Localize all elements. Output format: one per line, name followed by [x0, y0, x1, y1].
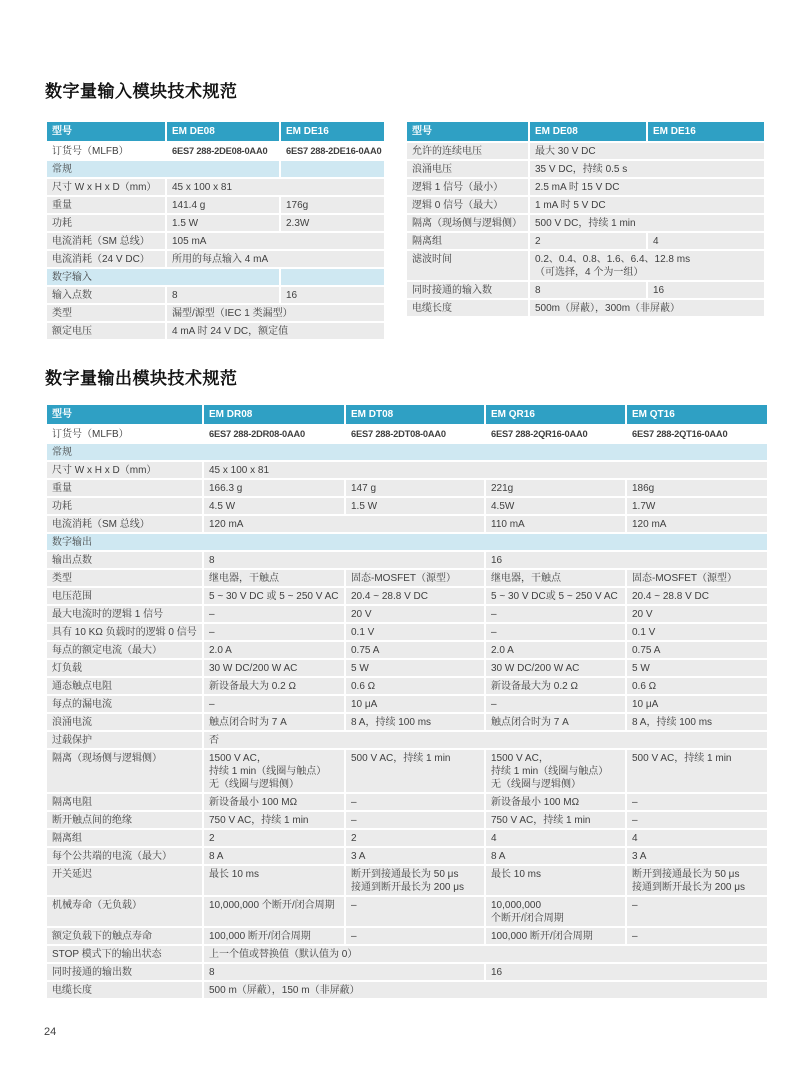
- column-header: EM QR16: [486, 405, 625, 424]
- spec-value: 100,000 断开/闭合周期: [204, 928, 344, 944]
- spec-value: 16: [486, 552, 767, 568]
- column-header: EM DE16: [648, 122, 764, 141]
- spec-value: 141.4 g: [167, 197, 279, 213]
- spec-label: 输入点数: [47, 287, 165, 303]
- spec-row: 电流消耗（SM 总线）105 mA: [47, 233, 384, 249]
- spec-value: 30 W DC/200 W AC: [204, 660, 344, 676]
- output-section-title: 数字量输出模块技术规范: [45, 364, 238, 389]
- spec-value: 120 mA: [204, 516, 484, 532]
- spec-value: 1500 V AC，持续 1 min（线圈与触点）无（线圈与逻辑侧）: [486, 750, 625, 792]
- spec-value: 固态-MOSFET（源型）: [346, 570, 484, 586]
- spec-value: 4: [486, 830, 625, 846]
- spec-value: 8: [204, 964, 484, 980]
- spec-value: 750 V AC，持续 1 min: [204, 812, 344, 828]
- spec-value: 166.3 g: [204, 480, 344, 496]
- spec-row: 开关延迟最长 10 ms断开到接通最长为 50 μs接通到断开最长为 200 μ…: [47, 866, 767, 895]
- spec-value: 漏型/源型（IEC 1 类漏型）: [167, 305, 384, 321]
- spec-row: 过载保护否: [47, 732, 767, 748]
- spec-row: 订货号（MLFB）6ES7 288-2DR08-0AA06ES7 288-2DT…: [47, 426, 767, 442]
- spec-row: 隔离电阻新设备最小 100 MΩ–新设备最小 100 MΩ–: [47, 794, 767, 810]
- spec-value: 继电器，干触点: [204, 570, 344, 586]
- spec-label: 隔离组: [407, 233, 528, 249]
- input-section-title: 数字量输入模块技术规范: [45, 77, 238, 102]
- output-spec-table: 型号EM DR08EM DT08EM QR16EM QT16订货号（MLFB）6…: [45, 403, 757, 1000]
- spec-value: –: [486, 624, 625, 640]
- spec-label: 具有 10 KΩ 负载时的逻辑 0 信号: [47, 624, 202, 640]
- spec-label: 额定负载下的触点寿命: [47, 928, 202, 944]
- spec-value: 上一个值或替换值（默认值为 0）: [204, 946, 767, 962]
- spec-label: STOP 模式下的输出状态: [47, 946, 202, 962]
- section-row: 数字输出: [47, 534, 767, 550]
- spec-value: 固态-MOSFET（源型）: [627, 570, 767, 586]
- spec-value: 6ES7 288-2QT16-0AA0: [627, 426, 767, 442]
- spec-value: –: [627, 928, 767, 944]
- spec-row: 电缆长度500 m（屏蔽），150 m（非屏蔽）: [47, 982, 767, 998]
- spec-row: 通态触点电阻新设备最大为 0.2 Ω0.6 Ω新设备最大为 0.2 Ω0.6 Ω: [47, 678, 767, 694]
- spec-label: 额定电压: [47, 323, 165, 339]
- column-header: EM DE08: [167, 122, 279, 141]
- spec-value: 0.1 V: [346, 624, 484, 640]
- spec-row: 隔离（现场侧与逻辑侧）1500 V AC，持续 1 min（线圈与触点）无（线圈…: [47, 750, 767, 792]
- spec-row: 电压范围5 ~ 30 V DC 或 5 ~ 250 V AC20.4 ~ 28.…: [47, 588, 767, 604]
- spec-value: 2.5 mA 时 15 V DC: [530, 179, 764, 195]
- spec-value: 750 V AC，持续 1 min: [486, 812, 625, 828]
- spec-value: 2: [204, 830, 344, 846]
- spec-value: 8: [530, 282, 646, 298]
- manual-page: 数字量输入模块技术规范 型号EM DE08EM DE16订货号（MLFB）6ES…: [0, 0, 800, 1067]
- spec-label: 逻辑 0 信号（最大）: [407, 197, 528, 213]
- spec-label: 重量: [47, 197, 165, 213]
- spec-row: 浪涌电流触点闭合时为 7 A8 A，持续 100 ms触点闭合时为 7 A8 A…: [47, 714, 767, 730]
- spec-value: 0.1 V: [627, 624, 767, 640]
- spec-value: 120 mA: [627, 516, 767, 532]
- spec-value: 2.0 A: [486, 642, 625, 658]
- spec-value: 触点闭合时为 7 A: [204, 714, 344, 730]
- spec-value: 16: [486, 964, 767, 980]
- spec-row: 重量166.3 g147 g221g186g: [47, 480, 767, 496]
- spec-value: 8: [167, 287, 279, 303]
- column-header: EM DR08: [204, 405, 344, 424]
- page-number: 24: [44, 1026, 56, 1038]
- spec-value: 2: [530, 233, 646, 249]
- spec-row: 类型漏型/源型（IEC 1 类漏型）: [47, 305, 384, 321]
- column-header: 型号: [407, 122, 528, 141]
- spec-label: 逻辑 1 信号（最小）: [407, 179, 528, 195]
- spec-value: 500 V AC，持续 1 min: [346, 750, 484, 792]
- input-spec-table-left: 型号EM DE08EM DE16订货号（MLFB）6ES7 288-2DE08-…: [45, 120, 378, 341]
- spec-label: 过载保护: [47, 732, 202, 748]
- spec-value: 45 x 100 x 81: [167, 179, 384, 195]
- spec-value: –: [486, 606, 625, 622]
- spec-value: –: [627, 794, 767, 810]
- spec-label: 隔离组: [47, 830, 202, 846]
- spec-table: 型号EM DE08EM DE16允许的连续电压最大 30 V DC浪涌电压35 …: [405, 120, 766, 318]
- spec-label: 同时接通的输入数: [407, 282, 528, 298]
- spec-value: 0.75 A: [627, 642, 767, 658]
- spec-value: 1 mA 时 5 V DC: [530, 197, 764, 213]
- spec-value: 5 ~ 30 V DC或 5 ~ 250 V AC: [486, 588, 625, 604]
- spec-row: 额定电压4 mA 时 24 V DC，额定值: [47, 323, 384, 339]
- spec-label: 隔离（现场侧与逻辑侧）: [407, 215, 528, 231]
- spec-value: 所用的每点输入 4 mA: [167, 251, 384, 267]
- spec-value: 3 A: [627, 848, 767, 864]
- header-row: 型号EM DR08EM DT08EM QR16EM QT16: [47, 405, 767, 424]
- spec-label: 隔离（现场侧与逻辑侧）: [47, 750, 202, 792]
- spec-value: 35 V DC，持续 0.5 s: [530, 161, 764, 177]
- spec-value: 20 V: [346, 606, 484, 622]
- spec-value: –: [346, 812, 484, 828]
- spec-value: –: [627, 812, 767, 828]
- section-header: 常规: [47, 161, 279, 177]
- spec-value: –: [346, 794, 484, 810]
- spec-row: 功耗1.5 W2.3W: [47, 215, 384, 231]
- column-header: EM DE16: [281, 122, 384, 141]
- spec-value: 45 x 100 x 81: [204, 462, 767, 478]
- spec-value: –: [346, 897, 484, 926]
- spec-value: 105 mA: [167, 233, 384, 249]
- spec-label: 输出点数: [47, 552, 202, 568]
- spec-label: 订货号（MLFB）: [47, 143, 165, 159]
- spec-value: 5 W: [346, 660, 484, 676]
- spec-value: 否: [204, 732, 767, 748]
- spec-label: 类型: [47, 570, 202, 586]
- spec-value: 30 W DC/200 W AC: [486, 660, 625, 676]
- spec-label: 浪涌电流: [47, 714, 202, 730]
- spec-value: –: [204, 624, 344, 640]
- spec-value: 3 A: [346, 848, 484, 864]
- spec-label: 每个公共端的电流（最大）: [47, 848, 202, 864]
- header-row: 型号EM DE08EM DE16: [407, 122, 764, 141]
- spec-value: 6ES7 288-2DE16-0AA0: [281, 143, 384, 159]
- spec-row: 每个公共端的电流（最大）8 A3 A8 A3 A: [47, 848, 767, 864]
- spec-label: 功耗: [47, 215, 165, 231]
- spec-label: 机械寿命（无负载）: [47, 897, 202, 926]
- spec-value: 4: [627, 830, 767, 846]
- spec-value: 4.5W: [486, 498, 625, 514]
- input-spec-table-right: 型号EM DE08EM DE16允许的连续电压最大 30 V DC浪涌电压35 …: [405, 120, 758, 318]
- spec-label: 每点的漏电流: [47, 696, 202, 712]
- spec-value: 6ES7 288-2QR16-0AA0: [486, 426, 625, 442]
- spec-label: 电流消耗（SM 总线）: [47, 516, 202, 532]
- spec-value: 16: [281, 287, 384, 303]
- spec-value: 6ES7 288-2DT08-0AA0: [346, 426, 484, 442]
- spec-label: 通态触点电阻: [47, 678, 202, 694]
- spec-row: 逻辑 1 信号（最小）2.5 mA 时 15 V DC: [407, 179, 764, 195]
- spec-value: 触点闭合时为 7 A: [486, 714, 625, 730]
- spec-row: 每点的漏电流–10 μA–10 μA: [47, 696, 767, 712]
- spec-row: 重量141.4 g176g: [47, 197, 384, 213]
- spec-row: 功耗4.5 W1.5 W4.5W1.7W: [47, 498, 767, 514]
- spec-row: 机械寿命（无负载）10,000,000 个断开/闭合周期–10,000,000个…: [47, 897, 767, 926]
- spec-row: 尺寸 W x H x D（mm）45 x 100 x 81: [47, 179, 384, 195]
- section-row: 常规: [47, 444, 767, 460]
- spec-value: –: [346, 928, 484, 944]
- spec-value: 10 μA: [346, 696, 484, 712]
- spec-label: 滤波时间: [407, 251, 528, 280]
- spec-row: 具有 10 KΩ 负载时的逻辑 0 信号–0.1 V–0.1 V: [47, 624, 767, 640]
- spec-row: 输入点数816: [47, 287, 384, 303]
- spec-value: 1.5 W: [346, 498, 484, 514]
- spec-row: 尺寸 W x H x D（mm）45 x 100 x 81: [47, 462, 767, 478]
- spec-value: –: [627, 897, 767, 926]
- spec-label: 每点的额定电流（最大）: [47, 642, 202, 658]
- spec-value: 1.7W: [627, 498, 767, 514]
- spec-row: 隔离（现场侧与逻辑侧）500 V DC，持续 1 min: [407, 215, 764, 231]
- spec-label: 电压范围: [47, 588, 202, 604]
- spec-label: 浪涌电压: [407, 161, 528, 177]
- spec-value: 500 V DC，持续 1 min: [530, 215, 764, 231]
- spec-value: 100,000 断开/闭合周期: [486, 928, 625, 944]
- spec-value: 10,000,000个断开/闭合周期: [486, 897, 625, 926]
- spec-label: 电缆长度: [47, 982, 202, 998]
- spec-value: 0.75 A: [346, 642, 484, 658]
- spec-value: –: [204, 696, 344, 712]
- spec-value: 断开到接通最长为 50 μs接通到断开最长为 200 μs: [627, 866, 767, 895]
- section-header: 数字输出: [47, 534, 767, 550]
- section-row: 数字输入: [47, 269, 384, 285]
- spec-label: 断开触点间的绝缘: [47, 812, 202, 828]
- spec-value: 6ES7 288-2DE08-0AA0: [167, 143, 279, 159]
- spec-label: 尺寸 W x H x D（mm）: [47, 462, 202, 478]
- spec-row: 浪涌电压35 V DC，持续 0.5 s: [407, 161, 764, 177]
- section-tail-cell: [281, 269, 384, 285]
- spec-row: 断开触点间的绝缘750 V AC，持续 1 min–750 V AC，持续 1 …: [47, 812, 767, 828]
- spec-value: 147 g: [346, 480, 484, 496]
- spec-value: 0.6 Ω: [627, 678, 767, 694]
- section-header: 数字输入: [47, 269, 279, 285]
- column-header: EM DE08: [530, 122, 646, 141]
- spec-row: 同时接通的输出数816: [47, 964, 767, 980]
- spec-value: 10 μA: [627, 696, 767, 712]
- column-header: EM DT08: [346, 405, 484, 424]
- spec-row: 最大电流时的逻辑 1 信号–20 V–20 V: [47, 606, 767, 622]
- column-header: 型号: [47, 405, 202, 424]
- spec-row: 同时接通的输入数816: [407, 282, 764, 298]
- spec-value: 5 ~ 30 V DC 或 5 ~ 250 V AC: [204, 588, 344, 604]
- spec-value: 20.4 ~ 28.8 V DC: [346, 588, 484, 604]
- spec-value: 8 A，持续 100 ms: [346, 714, 484, 730]
- spec-value: 新设备最小 100 MΩ: [204, 794, 344, 810]
- spec-row: STOP 模式下的输出状态上一个值或替换值（默认值为 0）: [47, 946, 767, 962]
- spec-row: 电缆长度500m（屏蔽），300m（非屏蔽）: [407, 300, 764, 316]
- spec-value: 继电器，干触点: [486, 570, 625, 586]
- header-row: 型号EM DE08EM DE16: [47, 122, 384, 141]
- spec-table: 型号EM DE08EM DE16订货号（MLFB）6ES7 288-2DE08-…: [45, 120, 386, 341]
- spec-value: 110 mA: [486, 516, 625, 532]
- spec-row: 逻辑 0 信号（最大）1 mA 时 5 V DC: [407, 197, 764, 213]
- spec-label: 开关延迟: [47, 866, 202, 895]
- spec-value: 0.6 Ω: [346, 678, 484, 694]
- spec-label: 尺寸 W x H x D（mm）: [47, 179, 165, 195]
- spec-row: 电流消耗（24 V DC）所用的每点输入 4 mA: [47, 251, 384, 267]
- section-header: 常规: [47, 444, 767, 460]
- spec-value: 8: [204, 552, 484, 568]
- spec-value: 最长 10 ms: [486, 866, 625, 895]
- spec-row: 类型继电器，干触点固态-MOSFET（源型）继电器，干触点固态-MOSFET（源…: [47, 570, 767, 586]
- spec-value: 8 A，持续 100 ms: [627, 714, 767, 730]
- spec-label: 类型: [47, 305, 165, 321]
- spec-label: 同时接通的输出数: [47, 964, 202, 980]
- spec-value: 4.5 W: [204, 498, 344, 514]
- spec-value: 186g: [627, 480, 767, 496]
- spec-value: –: [204, 606, 344, 622]
- spec-row: 输出点数816: [47, 552, 767, 568]
- spec-row: 订货号（MLFB）6ES7 288-2DE08-0AA06ES7 288-2DE…: [47, 143, 384, 159]
- spec-value: 1.5 W: [167, 215, 279, 231]
- spec-label: 订货号（MLFB）: [47, 426, 202, 442]
- spec-value: 20.4 ~ 28.8 V DC: [627, 588, 767, 604]
- spec-value: 20 V: [627, 606, 767, 622]
- column-header: EM QT16: [627, 405, 767, 424]
- spec-label: 重量: [47, 480, 202, 496]
- spec-value: 176g: [281, 197, 384, 213]
- spec-row: 额定负载下的触点寿命100,000 断开/闭合周期–100,000 断开/闭合周…: [47, 928, 767, 944]
- section-tail-cell: [281, 161, 384, 177]
- spec-value: 4: [648, 233, 764, 249]
- spec-value: 2.0 A: [204, 642, 344, 658]
- spec-value: 221g: [486, 480, 625, 496]
- spec-label: 电流消耗（24 V DC）: [47, 251, 165, 267]
- spec-value: 500 m（屏蔽），150 m（非屏蔽）: [204, 982, 767, 998]
- spec-row: 每点的额定电流（最大）2.0 A0.75 A2.0 A0.75 A: [47, 642, 767, 658]
- spec-row: 隔离组24: [407, 233, 764, 249]
- spec-value: 6ES7 288-2DR08-0AA0: [204, 426, 344, 442]
- spec-row: 灯负载30 W DC/200 W AC5 W30 W DC/200 W AC5 …: [47, 660, 767, 676]
- spec-value: 500 V AC，持续 1 min: [627, 750, 767, 792]
- spec-value: 500m（屏蔽），300m（非屏蔽）: [530, 300, 764, 316]
- spec-label: 隔离电阻: [47, 794, 202, 810]
- spec-value: 4 mA 时 24 V DC，额定值: [167, 323, 384, 339]
- spec-value: 1500 V AC，持续 1 min（线圈与触点）无（线圈与逻辑侧）: [204, 750, 344, 792]
- spec-value: –: [486, 696, 625, 712]
- spec-row: 滤波时间0.2、0.4、0.8、1.6、6.4、12.8 ms（可选择，4 个为…: [407, 251, 764, 280]
- spec-label: 电流消耗（SM 总线）: [47, 233, 165, 249]
- spec-value: 新设备最大为 0.2 Ω: [204, 678, 344, 694]
- spec-label: 功耗: [47, 498, 202, 514]
- spec-value: 断开到接通最长为 50 μs接通到断开最长为 200 μs: [346, 866, 484, 895]
- spec-value: 最长 10 ms: [204, 866, 344, 895]
- spec-row: 允许的连续电压最大 30 V DC: [407, 143, 764, 159]
- spec-row: 电流消耗（SM 总线）120 mA110 mA120 mA: [47, 516, 767, 532]
- section-row: 常规: [47, 161, 384, 177]
- column-header: 型号: [47, 122, 165, 141]
- spec-label: 最大电流时的逻辑 1 信号: [47, 606, 202, 622]
- spec-value: 16: [648, 282, 764, 298]
- spec-row: 隔离组2244: [47, 830, 767, 846]
- spec-table: 型号EM DR08EM DT08EM QR16EM QT16订货号（MLFB）6…: [45, 403, 769, 1000]
- spec-value: 新设备最小 100 MΩ: [486, 794, 625, 810]
- spec-label: 电缆长度: [407, 300, 528, 316]
- spec-value: 8 A: [204, 848, 344, 864]
- spec-label: 灯负载: [47, 660, 202, 676]
- spec-label: 允许的连续电压: [407, 143, 528, 159]
- spec-value: 最大 30 V DC: [530, 143, 764, 159]
- spec-value: 8 A: [486, 848, 625, 864]
- spec-value: 新设备最大为 0.2 Ω: [486, 678, 625, 694]
- spec-value: 5 W: [627, 660, 767, 676]
- spec-value: 10,000,000 个断开/闭合周期: [204, 897, 344, 926]
- spec-value: 2.3W: [281, 215, 384, 231]
- spec-value: 2: [346, 830, 484, 846]
- spec-value: 0.2、0.4、0.8、1.6、6.4、12.8 ms（可选择，4 个为一组）: [530, 251, 764, 280]
